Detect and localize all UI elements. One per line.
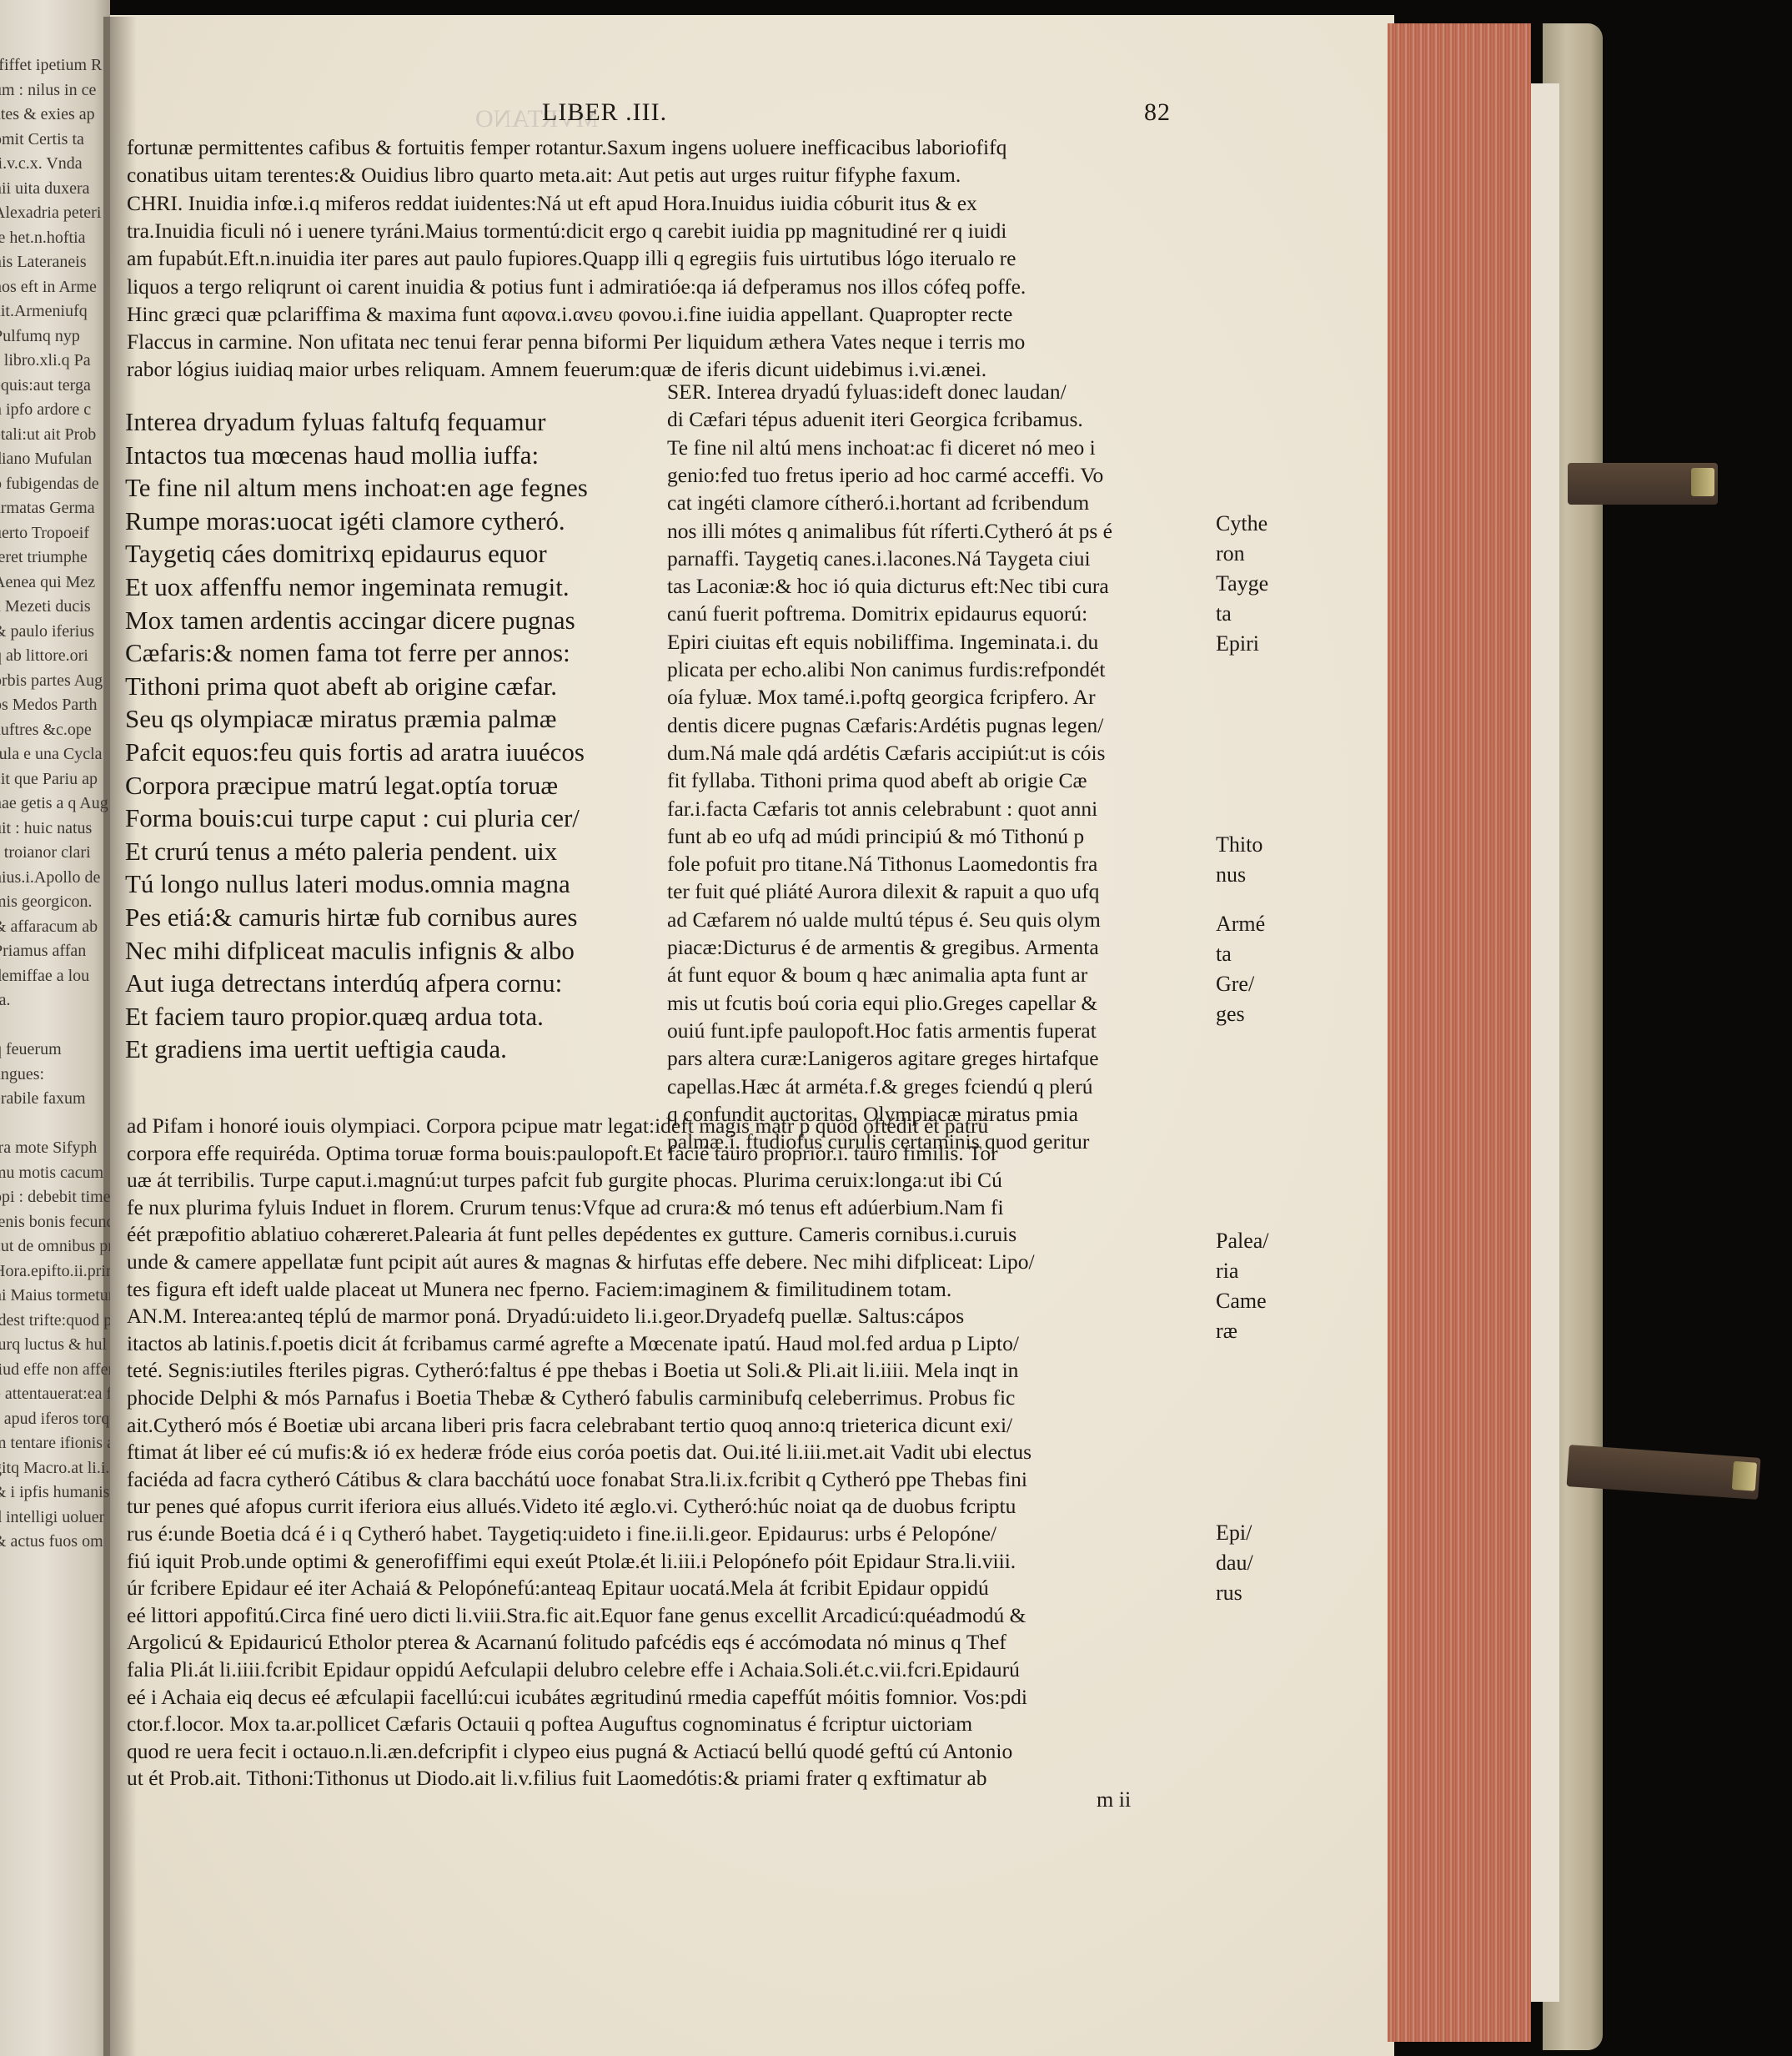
commentary-line: oía fyluæ. Mox tamé.i.poftq georgica fcr… <box>667 685 1096 710</box>
commentary-line: mis ut fcutis boú coria equi plio.Greges… <box>667 991 1097 1016</box>
commentary-line: itactos ab latinis.f.poetis dicit át fcr… <box>127 1331 1019 1356</box>
commentary-line: ait.Cytheró mós é Boetiæ ubi arcana libe… <box>127 1413 1012 1438</box>
left-page-line: ni Maius tormetum <box>0 1284 110 1309</box>
commentary-line: corpora effe requiréda. Optima toruæ for… <box>127 1141 998 1166</box>
marginal-note-line: ta <box>1216 939 1265 969</box>
verse-line: Interea dryadum fyluas faltufq fequamur <box>125 407 545 437</box>
left-page-line <box>0 1013 110 1038</box>
clasp-catch-icon <box>1691 468 1714 496</box>
marginal-note-line: ræ <box>1216 1316 1269 1346</box>
left-page-line: li.v.c.x. Vnda <box>0 152 110 177</box>
marginal-note-line: dau/ <box>1216 1548 1253 1578</box>
left-page-line: uerto Tropoeif <box>0 521 110 546</box>
left-page-line: erabile faxum <box>0 1087 110 1112</box>
commentary-line: úr fcribere Epidaur eé iter Achaiá & Pel… <box>127 1576 989 1601</box>
commentary-line: teté. Segnis:iutiles fteriles pigras. Cy… <box>127 1358 1018 1383</box>
marginal-note-line: ria <box>1216 1256 1269 1286</box>
commentary-line: rus é:unde Boetia dcá é i q Cytheró habe… <box>127 1521 996 1546</box>
left-page-line: nii uita duxera <box>0 177 110 202</box>
left-page-line: hius.i.Apollo de <box>0 866 110 891</box>
commentary-line: fiú iquit Prob.unde optimi & generofiffi… <box>127 1549 1016 1574</box>
folio-number: 82 <box>1144 98 1171 127</box>
marginal-note: Epi/dau/rus <box>1216 1518 1253 1608</box>
commentary-line: nos illi mótes q animalibus fút ríferti.… <box>667 519 1112 544</box>
commentary-line: piacæ:Dicturus é de armentis & gregibus.… <box>667 935 1099 960</box>
commentary-line: far.i.facta Cæfaris tot annis celebrabun… <box>667 797 1097 822</box>
commentary-line: Epiri ciuitas eft equis nobiliffima. Ing… <box>667 630 1098 655</box>
commentary-line: phocide Delphi & mós Parnafus i Boetia T… <box>127 1385 1015 1410</box>
commentary-line: di Cæfari tépus aduenit iteri Georgica f… <box>667 407 1083 432</box>
commentary-line: Te fine nil altú mens inchoat:ac fi dice… <box>667 435 1096 460</box>
commentary-line: tas Laconiæ:& hoc ió quia dicturus eft:N… <box>667 574 1109 599</box>
commentary-line: CHRI. Inuidia infœ.i.q miferos reddat iu… <box>127 191 977 216</box>
commentary-line: canú fuerit poftrema. Domitrix epidaurus… <box>667 601 1087 626</box>
left-page-line: ieret triumphe <box>0 545 110 571</box>
marginal-note: CytheronTaygetaEpiri <box>1216 509 1268 659</box>
marginal-note: ArmétaGre/ges <box>1216 909 1265 1029</box>
commentary-line: át funt equor & boum q hæc animalia apta… <box>667 963 1087 988</box>
page-edge-light <box>1526 83 1559 2002</box>
left-page-line: omit Certis ta <box>0 128 110 153</box>
left-page-line: um : nilus in ce <box>0 78 110 103</box>
left-page-line: nae getis a q Aug <box>0 792 110 817</box>
marginal-note: Thitonus <box>1216 830 1262 890</box>
left-page-line: fula e una Cycla <box>0 742 110 767</box>
left-page-text-fragment: ffiffet ipetium Rum : nilus in ceates & … <box>0 53 110 1555</box>
verse-line: Et uox affenffu nemor ingeminata remugit… <box>125 572 570 602</box>
running-title: LIBER .III. <box>542 98 667 127</box>
commentary-line: am fupabút.Eft.n.inuidia iter pares aut … <box>127 246 1016 271</box>
left-page-line: q feuerum <box>0 1038 110 1063</box>
left-page-line: ait.Armeniufq <box>0 299 110 324</box>
left-page-line: ra. <box>0 988 110 1013</box>
marginal-note-line: Gre/ <box>1216 969 1265 999</box>
commentary-line: dum.Ná male qdá ardétis Cæfaris accipiút… <box>667 741 1105 766</box>
left-page-line: & actus fuos om <box>0 1530 110 1555</box>
commentary-line: unde & camere appellatæ funt pcipit aút … <box>127 1249 1035 1274</box>
left-page-line: Priamus affan <box>0 939 110 964</box>
left-page-line: Alexadria peteri <box>0 201 110 226</box>
left-page-line: equis:aut terga <box>0 374 110 399</box>
left-page-line: diano Mufulan <box>0 447 110 472</box>
marginal-note-line: nus <box>1216 860 1262 890</box>
commentary-line: ouiú funt.ipfe paulopoft.Hoc fatis armen… <box>667 1018 1097 1043</box>
verse-line: Mox tamen ardentis accingar dicere pugna… <box>125 606 575 636</box>
commentary-line: tra.Inuidia ficuli nó i uenere tyráni.Ma… <box>127 219 1006 244</box>
left-page-line: tra mote Sifyph <box>0 1136 110 1161</box>
commentary-line: quod re uera fecit i octauo.n.li.æn.defc… <box>127 1739 1012 1764</box>
left-page-line: & i ipfis humanis co <box>0 1480 110 1506</box>
verse-line: Tú longo nullus lateri modus.omnia magna <box>125 869 570 899</box>
commentary-line: ctor.f.locor. Mox ta.ar.pollicet Cæfaris… <box>127 1712 972 1737</box>
left-page-line: armatas Germa <box>0 496 110 521</box>
clasp-catch-icon <box>1732 1461 1757 1491</box>
left-page-line: turq luctus & hul <box>0 1333 110 1358</box>
left-page-line: angues: <box>0 1063 110 1088</box>
left-page-line: s libro.xli.q Pa <box>0 349 110 374</box>
commentary-line: dentis dicere pugnas Cæfaris:Ardétis pug… <box>667 713 1103 738</box>
verse-line: Seu qs olympiacæ miratus præmia palmæ <box>125 704 556 734</box>
left-page-line: opi : debebit time <box>0 1185 110 1210</box>
left-page-line: m tentare ifionis au <box>0 1431 110 1456</box>
verse-line: Et gradiens ima uertit ueftigia cauda. <box>125 1034 507 1064</box>
verse-line: Pafcit equos:feu quis fortis ad aratra i… <box>125 737 585 767</box>
left-page-line: e attentauerat:ea fi <box>0 1382 110 1407</box>
commentary-line: éét præpofitio ablatiuo cohæreret.Palear… <box>127 1222 1016 1247</box>
left-page-line: ffiffet ipetium R <box>0 53 110 78</box>
left-page-line: ates & exies ap <box>0 103 110 128</box>
commentary-line: tes figura eft ideft ualde placeat ut Mu… <box>127 1277 951 1302</box>
upper-clasp-icon <box>1568 463 1718 505</box>
left-page-line: te het.n.hoftia <box>0 226 110 251</box>
left-page-line: Hora.epifto.ii.primi <box>0 1259 110 1284</box>
commentary-line: ut ét Prob.ait. Tithoni:Tithonus ut Diod… <box>127 1766 987 1791</box>
commentary-line: ad Cæfarem nó ualde multú tépus é. Seu q… <box>667 907 1101 932</box>
commentary-line: genio:fed tuo fretus iperio ad hoc carmé… <box>667 463 1103 488</box>
commentary-line: cat ingéti clamore cítheró.i.hortant ad … <box>667 490 1089 515</box>
commentary-line: fortunæ permittentes cafibus & fortuitis… <box>127 135 1006 160</box>
verse-line: Nec mihi difpliceat maculis infignis & a… <box>125 936 575 966</box>
left-page-line: os Medos Parth <box>0 693 110 718</box>
commentary-line: rabor lógius iuidiaq maior urbes reliqua… <box>127 357 986 382</box>
verse-line: Forma bouis:cui turpe caput : cui pluria… <box>125 803 580 833</box>
left-page-line: n ipfo ardore c <box>0 398 110 423</box>
red-stained-page-edge <box>1388 23 1531 2042</box>
commentary-line: plicata per echo.alibi Non canimus furdi… <box>667 657 1105 682</box>
left-page-line: ienis bonis fecund <box>0 1210 110 1235</box>
commentary-line: conatibus uitam terentes:& Ouidius libro… <box>127 163 961 188</box>
commentary-line: uæ át terribilis. Turpe caput.i.magnú:ut… <box>127 1168 1002 1193</box>
commentary-line: AN.M. Interea:anteq téplú de marmor poná… <box>127 1304 964 1329</box>
commentary-line: tur penes qué afopus currit iferiora eiu… <box>127 1494 1016 1519</box>
left-page-line: mu motis cacum <box>0 1161 110 1186</box>
verse-line: Pes etiá:& camuris hirtæ fub cornibus au… <box>125 902 577 932</box>
commentary-line: capellas.Hæc át arméta.f.& greges fciend… <box>667 1074 1093 1099</box>
commentary-line: falia Pli.át li.iiii.fcribit Epidaur opp… <box>127 1657 1020 1682</box>
marginal-note-line: Palea/ <box>1216 1226 1269 1256</box>
verse-line: Et crurú tenus a méto paleria pendent. u… <box>125 837 557 867</box>
left-page-line: gitq Macro.at li.i.d <box>0 1456 110 1481</box>
left-page-line: demiffae a lou <box>0 964 110 989</box>
left-page-line: Pulfumq nyp <box>0 324 110 349</box>
left-page-line: idest trifte:quod p <box>0 1309 110 1334</box>
marginal-note: Palea/riaCameræ <box>1216 1226 1269 1346</box>
left-page-line: a Mezeti ducis <box>0 595 110 620</box>
marginal-note-line: Tayge <box>1216 569 1268 599</box>
left-page-line: auftres &c.ope <box>0 718 110 743</box>
commentary-line: eé i Achaia eiq decus eé æfculapii facel… <box>127 1685 1027 1710</box>
verse-line: Cæfaris:& nomen fama tot ferre per annos… <box>125 638 570 668</box>
marginal-note-line: Came <box>1216 1286 1269 1316</box>
left-page-line: hos eft in Arme <box>0 275 110 300</box>
left-page-line: s apud iferos torqu <box>0 1407 110 1432</box>
marginal-note-line: Thito <box>1216 830 1262 860</box>
commentary-line: ter fuit qué pliáté Aurora dilexit & rap… <box>667 879 1099 904</box>
commentary-line: ad Pifam i honoré iouis olympiaci. Corpo… <box>127 1113 988 1139</box>
verse-line: Tithoni prima quot abeft ab origine cæfa… <box>125 671 557 701</box>
commentary-line: Flaccus in carmine. Non ufitata nec tenu… <box>127 329 1025 354</box>
commentary-line: fit fyllaba. Tithoni prima quod abeft ab… <box>667 768 1087 793</box>
left-page-line: liud effe non affer <box>0 1358 110 1383</box>
left-page-line: d intelligi uoluer <box>0 1506 110 1531</box>
left-page-line: o fubigendas de <box>0 472 110 497</box>
commentary-line: SER. Interea dryadú fyluas:ideft donec l… <box>667 380 1067 405</box>
marginal-note-line: ron <box>1216 539 1268 569</box>
verse-line: Aut iuga detrectans interdúq afpera corn… <box>125 968 562 998</box>
left-page-line: orbis partes Aug <box>0 669 110 694</box>
commentary-line: liquos a tergo reliqrunt oi carent inuid… <box>127 274 1026 299</box>
left-page-line: & paulo iferius <box>0 620 110 645</box>
signature-mark: m ii <box>1097 1787 1131 1812</box>
marginal-note-line: ta <box>1216 599 1268 629</box>
left-page-line: cit que Pariu ap <box>0 767 110 792</box>
marginal-note-line: Armé <box>1216 909 1265 939</box>
marginal-note-line: rus <box>1216 1578 1253 1608</box>
left-page-line <box>0 1112 110 1137</box>
left-page-line: etali:ut ait Prob <box>0 423 110 448</box>
commentary-line: ftimat át liber eé cú mufis:& ió ex hede… <box>127 1440 1032 1465</box>
left-page-line: mis georgicon. <box>0 890 110 915</box>
verse-line: Intactos tua mœcenas haud mollia iuffa: <box>125 440 539 470</box>
commentary-line: eé littori appofitú.Circa finé uero dict… <box>127 1603 1026 1628</box>
marginal-note-line: Cythe <box>1216 509 1268 539</box>
commentary-line: Hinc græci quæ pclariffima & maxima funt… <box>127 302 1012 327</box>
commentary-line: Argolicú & Epidauricú Etholor pterea & A… <box>127 1630 1006 1655</box>
verse-line: Te fine nil altum mens inchoat:en age fe… <box>125 473 588 503</box>
commentary-line: faciéda ad facra cytheró Cátibus & clara… <box>127 1467 1027 1492</box>
marginal-note-line: ges <box>1216 999 1265 1029</box>
verse-line: Taygetiq cáes domitrixq epidaurus equor <box>125 539 547 569</box>
marginal-note-line: Epiri <box>1216 629 1268 659</box>
marginal-note-line: Epi/ <box>1216 1518 1253 1548</box>
left-page-line: cut de omnibus pr <box>0 1234 110 1259</box>
commentary-line: fe nux plurima fyluis Induet in florem. … <box>127 1195 1004 1220</box>
verse-line: Corpora præcipue matrú legat.optía toruæ <box>125 771 558 801</box>
left-page-line: uit : huic natus <box>0 817 110 842</box>
verse-line: Rumpe moras:uocat igéti clamore cytheró. <box>125 506 565 536</box>
left-page-line: s troianor clari <box>0 841 110 866</box>
verse-line: Et faciem tauro propior.quæq ardua tota. <box>125 1002 544 1032</box>
commentary-line: pars altera curæ:Lanigeros agitare grege… <box>667 1046 1099 1071</box>
left-page-line: nis Lateraneis <box>0 250 110 275</box>
commentary-line: parnaffi. Taygetiq canes.i.lacones.Ná Ta… <box>667 546 1091 571</box>
commentary-line: funt ab eo ufq ad múdi principiú & mó Ti… <box>667 824 1084 849</box>
left-page-line: q ab littore.ori <box>0 644 110 669</box>
commentary-line: fole pofuit pro titane.Ná Tithonus Laome… <box>667 852 1097 877</box>
left-page-line: Aenea qui Mez <box>0 571 110 596</box>
left-facing-page: ffiffet ipetium Rum : nilus in ceates & … <box>0 0 110 2056</box>
left-page-line: & affaracum ab <box>0 915 110 940</box>
